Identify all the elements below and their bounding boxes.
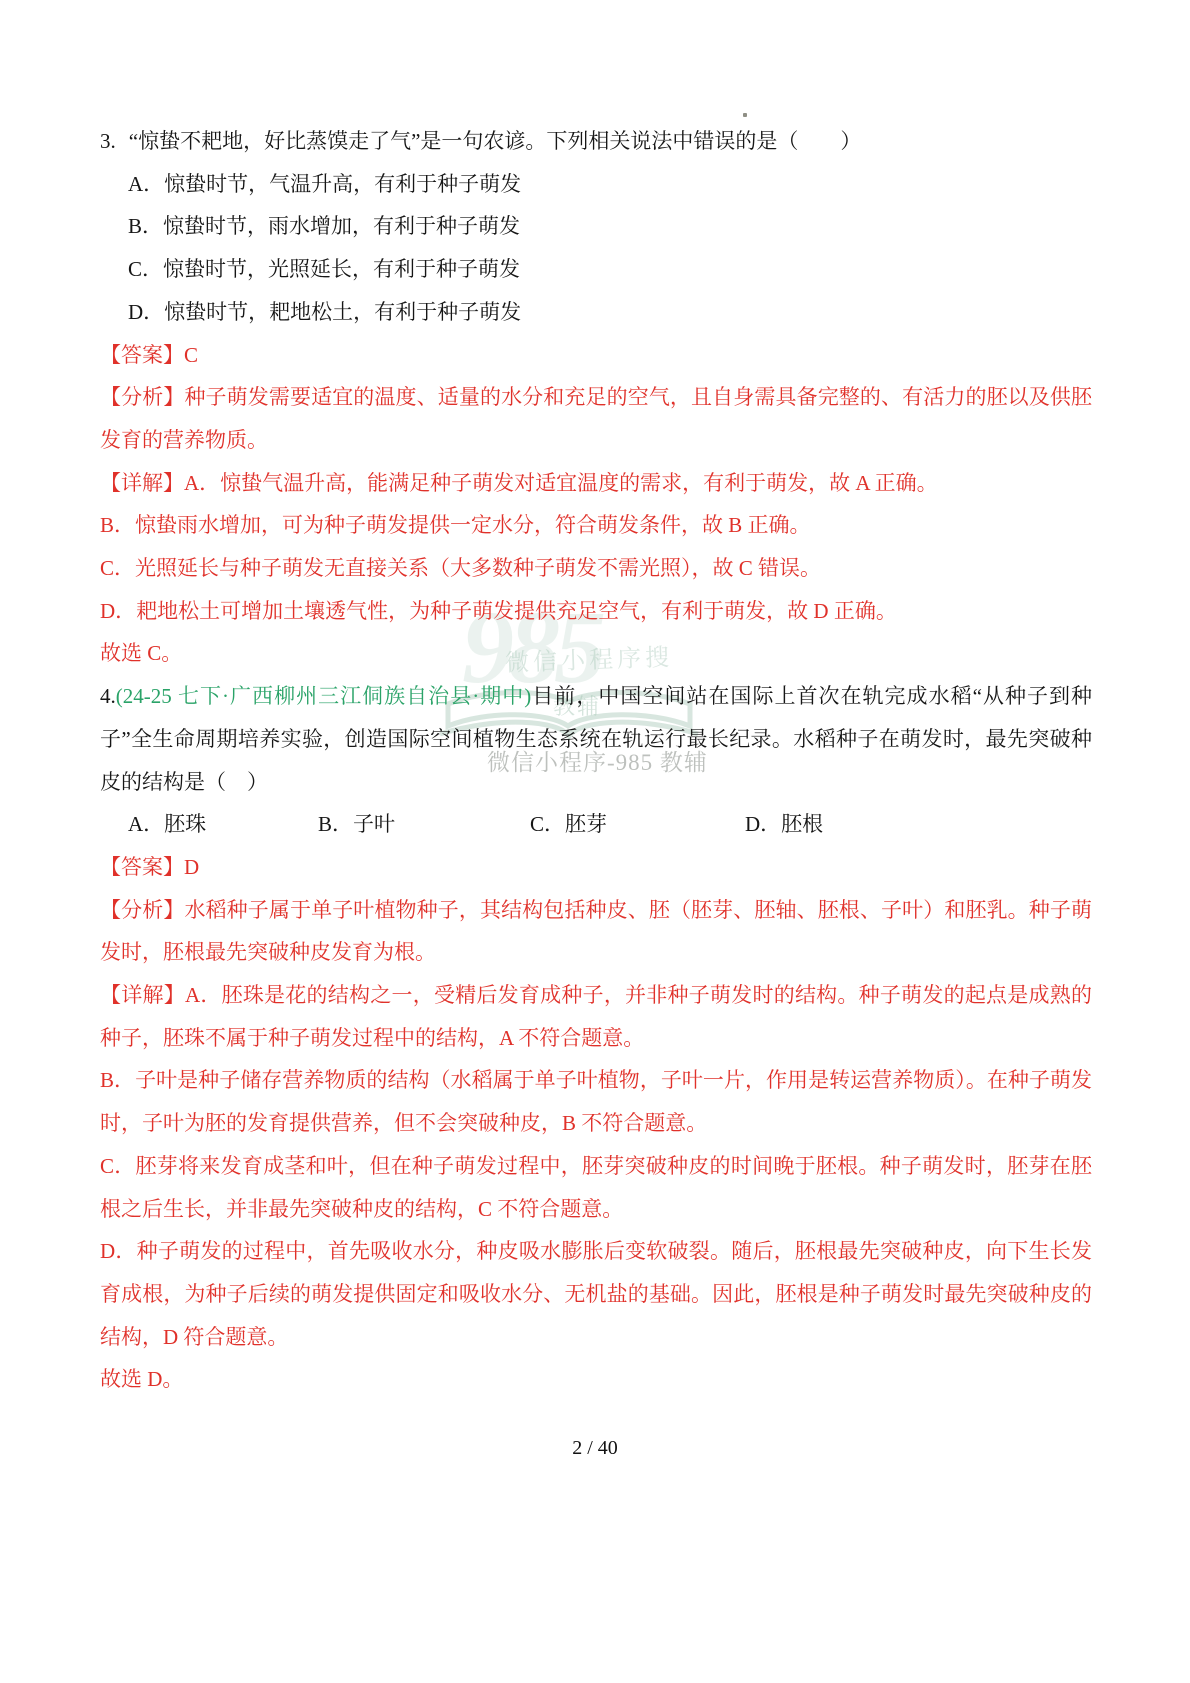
question-3-option-d: D．惊蛰时节，耙地松土，有利于种子萌发 — [100, 291, 1092, 334]
question-4-detail-a-text: A．胚珠是花的结构之一，受精后发育成种子，并非种子萌发时的结构。种子萌发的起点是… — [100, 983, 1092, 1050]
question-4-detail-c: C．胚芽将来发育成茎和叶，但在种子萌发过程中，胚芽突破种皮的时间晚于胚根。种子萌… — [100, 1145, 1092, 1230]
question-4: 4.(24-25 七下·广西柳州三江侗族自治县·期中)目前，中国空间站在国际上首… — [100, 675, 1092, 1401]
scan-artifact-dot — [743, 113, 747, 117]
page-number: 2 / 40 — [0, 1437, 1190, 1460]
question-3-number: 3. — [100, 129, 116, 153]
question-3-stem: 3.“惊蛰不耙地，好比蒸馍走了气”是一句农谚。下列相关说法中错误的是（ ） — [100, 120, 1092, 163]
question-3-detail-a: 【详解】A．惊蛰气温升高，能满足种子萌发对适宜温度的需求，有利于萌发，故 A 正… — [100, 462, 1092, 505]
question-4-answer-line: 【答案】D — [100, 846, 1092, 889]
document-content: 3.“惊蛰不耙地，好比蒸馍走了气”是一句农谚。下列相关说法中错误的是（ ） A．… — [100, 120, 1092, 1401]
detail-label: 【详解】 — [100, 983, 185, 1007]
question-3-option-c: C．惊蛰时节，光照延长，有利于种子萌发 — [100, 248, 1092, 291]
question-3-detail-c: C．光照延长与种子萌发无直接关系（大多数种子萌发不需光照），故 C 错误。 — [100, 547, 1092, 590]
question-4-detail-d: D．种子萌发的过程中，首先吸收水分，种皮吸水膨胀后变软破裂。随后，胚根最先突破种… — [100, 1230, 1092, 1358]
question-4-options-row: A．胚珠 B．子叶 C．胚芽 D．胚根 — [100, 803, 1092, 846]
question-3-conclusion: 故选 C。 — [100, 632, 1092, 675]
question-4-detail-a: 【详解】A．胚珠是花的结构之一，受精后发育成种子，并非种子萌发时的结构。种子萌发… — [100, 974, 1092, 1059]
detail-label: 【详解】 — [100, 471, 184, 495]
question-4-option-a: A．胚珠 — [128, 803, 318, 846]
answer-label: 【答案】 — [100, 343, 184, 367]
analysis-label: 【分析】 — [100, 385, 184, 409]
question-3-analysis-line: 【分析】种子萌发需要适宜的温度、适量的水分和充足的空气，且自身需具备完整的、有活… — [100, 376, 1092, 461]
question-4-stem: 4.(24-25 七下·广西柳州三江侗族自治县·期中)目前，中国空间站在国际上首… — [100, 675, 1092, 803]
question-4-analysis-text: 水稻种子属于单子叶植物种子，其结构包括种皮、胚（胚芽、胚轴、胚根、子叶）和胚乳。… — [100, 898, 1092, 965]
question-4-option-c: C．胚芽 — [530, 803, 745, 846]
question-3-analysis-text: 种子萌发需要适宜的温度、适量的水分和充足的空气，且自身需具备完整的、有活力的胚以… — [100, 385, 1092, 452]
question-3-detail-a-text: A．惊蛰气温升高，能满足种子萌发对适宜温度的需求，有利于萌发，故 A 正确。 — [184, 471, 938, 495]
question-3-detail-b: B．惊蛰雨水增加，可为种子萌发提供一定水分，符合萌发条件，故 B 正确。 — [100, 504, 1092, 547]
question-3-option-b: B．惊蛰时节，雨水增加，有利于种子萌发 — [100, 205, 1092, 248]
question-4-analysis-line: 【分析】水稻种子属于单子叶植物种子，其结构包括种皮、胚（胚芽、胚轴、胚根、子叶）… — [100, 889, 1092, 974]
question-3-detail-d: D．耙地松土可增加土壤透气性，为种子萌发提供充足空气，有利于萌发，故 D 正确。 — [100, 590, 1092, 633]
answer-label: 【答案】 — [100, 855, 184, 879]
analysis-label: 【分析】 — [100, 898, 184, 922]
question-4-source-tag: (24-25 七下·广西柳州三江侗族自治县·期中) — [116, 684, 532, 708]
question-4-answer-value: D — [184, 855, 199, 879]
question-4-option-b: B．子叶 — [318, 803, 530, 846]
question-3-stem-text: “惊蛰不耙地，好比蒸馍走了气”是一句农谚。下列相关说法中错误的是（ ） — [129, 129, 862, 153]
question-4-conclusion: 故选 D。 — [100, 1358, 1092, 1401]
question-3-answer-value: C — [184, 343, 198, 367]
document-page: { "colors": { "answer_red": "#e0312a", "… — [0, 0, 1190, 1683]
question-3-answer-line: 【答案】C — [100, 334, 1092, 377]
question-4-detail-b: B．子叶是种子储存营养物质的结构（水稻属于单子叶植物，子叶一片，作用是转运营养物… — [100, 1059, 1092, 1144]
question-4-option-d: D．胚根 — [745, 803, 823, 846]
question-3: 3.“惊蛰不耙地，好比蒸馍走了气”是一句农谚。下列相关说法中错误的是（ ） A．… — [100, 120, 1092, 675]
question-4-number: 4. — [100, 684, 116, 708]
question-3-option-a: A．惊蛰时节，气温升高，有利于种子萌发 — [100, 163, 1092, 206]
